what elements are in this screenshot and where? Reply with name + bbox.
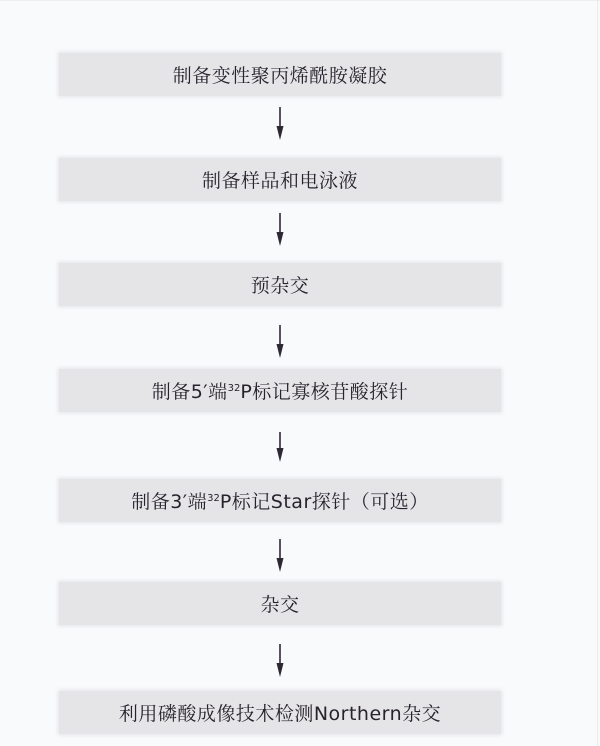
- step-5prime-probe: 制备5′端32P标记寡核苷酸探针: [59, 369, 501, 412]
- step-label: 杂交: [260, 590, 299, 617]
- step-label: 制备3′端32P标记Star探针（可选）: [131, 487, 429, 514]
- step-prehybridization: 预杂交: [59, 263, 501, 306]
- right-border: [597, 0, 598, 746]
- step-northern-detection: 利用磷酸成像技术检测Northern杂交: [59, 691, 501, 734]
- arrow-down-icon: [273, 107, 287, 140]
- arrow-down-icon: [273, 539, 287, 572]
- step-label: 制备样品和电泳液: [202, 166, 358, 193]
- step-label: 预杂交: [251, 271, 310, 298]
- top-border: [0, 0, 600, 1]
- arrow-down-icon: [273, 644, 287, 677]
- step-hybridization: 杂交: [59, 582, 501, 625]
- step-prepare-gel: 制备变性聚丙烯酰胺凝胶: [59, 53, 501, 96]
- arrow-down-icon: [273, 432, 287, 462]
- step-label: 利用磷酸成像技术检测Northern杂交: [119, 699, 441, 726]
- step-label: 制备变性聚丙烯酰胺凝胶: [173, 61, 388, 88]
- step-label: 制备5′端32P标记寡核苷酸探针: [152, 377, 409, 404]
- arrow-down-icon: [273, 325, 287, 358]
- arrow-down-icon: [273, 213, 287, 246]
- step-prepare-samples: 制备样品和电泳液: [59, 158, 501, 201]
- step-3prime-star-probe: 制备3′端32P标记Star探针（可选）: [59, 479, 501, 522]
